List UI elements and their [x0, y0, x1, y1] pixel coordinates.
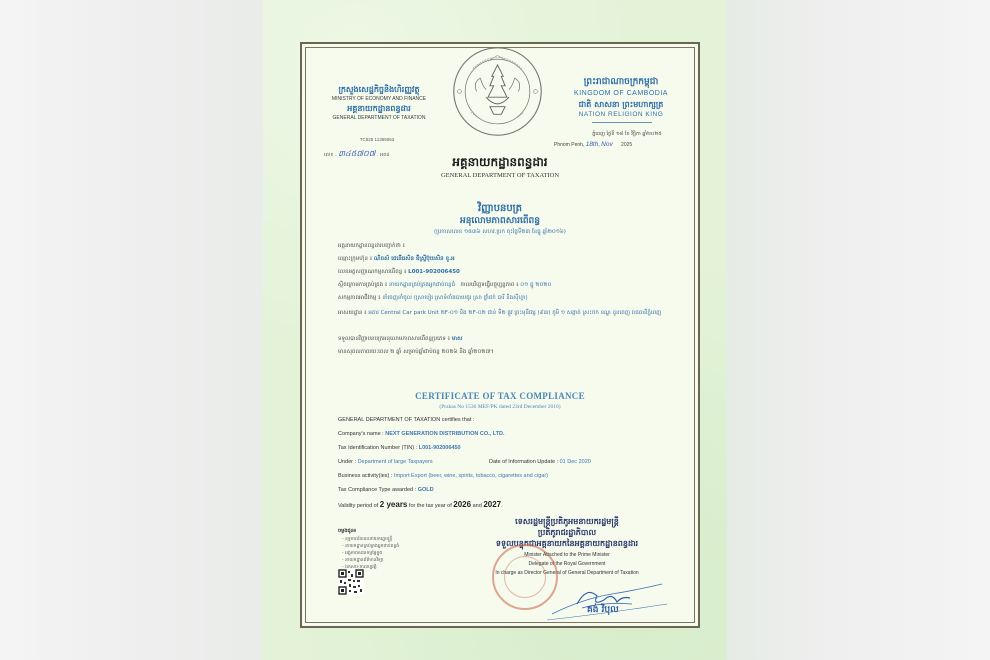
- km-certifies: អគ្គនាយកដ្ឋានពន្ធដារបញ្ជាក់ថា ៖: [338, 242, 405, 250]
- certificate-title-en: CERTIFICATE OF TAX COMPLIANCE: [302, 391, 698, 401]
- en-type-label: Tax Compliance Type awarded :: [338, 487, 416, 493]
- km-address-label: អាសយដ្ឋាន ៖: [338, 310, 367, 316]
- en-update-row: Date of Information Update : 01 Dec 2020: [489, 459, 591, 465]
- gdt-seal-icon: [450, 44, 545, 139]
- km-validity-row: មានសុពលភាពរយៈពេល ២ ឆ្នាំ សម្រាប់ឆ្នាំជាប…: [338, 348, 494, 356]
- km-certifies-label: អគ្គនាយកដ្ឋានពន្ធដារបញ្ជាក់ថា ៖: [338, 243, 405, 249]
- km-tin-value: L001-902006450: [408, 269, 460, 275]
- copies-item: - នាយកដ្ឋានគ្រប់គ្រងអ្នកជាប់ពន្ធធំ: [342, 544, 399, 550]
- department-name-en: GENERAL DEPARTMENT OF TAXATION: [314, 115, 444, 121]
- km-activity-value: នាំចេញនាំចូល (ស្រាបៀរ ស្រាទំពាំងបាយជូរ ស…: [382, 295, 527, 301]
- km-address-row: អាសយដ្ឋាន ៖ អគារ Central Car park Unit ២…: [338, 307, 668, 320]
- en-validity-pre: Validity period of: [338, 503, 378, 509]
- motto-km: ជាតិ សាសនា ព្រះមហាក្សត្រ: [546, 99, 696, 111]
- km-activity-row: សកម្មភាពអាជីវកម្ម ៖ នាំចេញនាំចូល (ស្រាបៀ…: [338, 294, 528, 302]
- ministry-name-en: MINISTRY OF ECONOMY AND FINANCE: [314, 96, 444, 102]
- en-company-value: NEXT GENERATION DISTRIBUTION CO., LTD.: [385, 431, 504, 437]
- en-tin-row: Tax Identification Number (TIN) : L001-9…: [338, 445, 461, 451]
- certificate-subtitle-km: (ប្រកាសលេខ ១៥៣៦ សហវ.ប្រក ចុះថ្ងៃទី២៣ ខែធ…: [302, 228, 698, 236]
- certificate-title-km-1: វិញ្ញាបនបត្រ: [302, 201, 698, 216]
- ornament-divider: [592, 122, 652, 123]
- issue-date-en: Phnom Penh, 18th, Nov 2025: [554, 141, 632, 148]
- km-type-value: មាស: [452, 336, 462, 342]
- en-validity-mid: for the tax year of: [409, 503, 452, 509]
- en-under-label: Under :: [338, 459, 356, 465]
- km-tin-label: លេខអត្តសញ្ញាណកម្មសារពើពន្ធ ៖: [338, 269, 406, 275]
- issue-date-km: ភ្នំពេញ ថ្ងៃទី ១៨ ខែ វិច្ឆិកា ឆ្នាំ២០២៥: [552, 131, 702, 138]
- en-type-row: Tax Compliance Type awarded : GOLD: [338, 487, 434, 493]
- signatory-name: គង់ វិបុល: [587, 604, 619, 617]
- background-left: [0, 0, 263, 660]
- background-right: [727, 0, 990, 660]
- km-type-label: ទទួលបានវិញ្ញាបនបត្រអនុលោមភាពសារពើពន្ធប្រ…: [338, 336, 450, 342]
- km-company-label: ឈ្មោះក្រុមហ៊ុន ៖: [338, 256, 372, 262]
- en-validity-year-1: 2026: [453, 500, 471, 509]
- km-validity-label: មានសុពលភាពរយៈពេល ២ ឆ្នាំ សម្រាប់ឆ្នាំជាប…: [338, 349, 494, 355]
- km-update-value: ០១ ធ្នូ ២០២០: [520, 282, 551, 288]
- signatory-title-km-3: ទទួលបន្ទុកជាអគ្គនាយកនៃអគ្គនាយកដ្ឋានពន្ធដ…: [452, 538, 682, 550]
- en-type-value: GOLD: [418, 487, 434, 493]
- km-under-label: ស្ថិតក្រោមការគ្រប់គ្រង ៖: [338, 282, 387, 288]
- en-under-value: Department of large Taxpayers: [358, 459, 433, 465]
- certificate-paper: ក្រសួងសេដ្ឋកិច្ចនិងហិរញ្ញវត្ថុ MINISTRY …: [263, 0, 727, 660]
- qr-code-icon[interactable]: [338, 569, 364, 595]
- en-tin-value: L001-902006450: [419, 445, 461, 451]
- department-name-km: អគ្គនាយកដ្ឋានពន្ធដារ: [314, 103, 444, 115]
- copies-item: - ខុទ្ទកាល័យឧបនាយករដ្ឋមន្ត្រី: [342, 537, 392, 543]
- km-type-row: ទទួលបានវិញ្ញាបនបត្រអនុលោមភាពសារពើពន្ធប្រ…: [338, 335, 462, 343]
- en-under-row: Under : Department of large Taxpayers: [338, 459, 433, 465]
- km-address-value: អគារ Central Car park Unit ២F-០១ និង ២F-…: [368, 310, 661, 316]
- kingdom-name-km: ព្រះរាជាណាចក្រកម្ពុជា: [546, 76, 696, 89]
- km-company-value: ណិចស៍ ជេនើរេសិន ឌីស្ទ្រីប៊ុយសិន ខូ.អ: [374, 256, 455, 262]
- signatory-title-en-2: Delegate of the Royal Government: [452, 561, 682, 567]
- en-activity-label: Business activity(ies) :: [338, 473, 392, 479]
- en-validity-and: and: [473, 503, 482, 509]
- en-activity-row: Business activity(ies) : Import Export (…: [338, 473, 548, 479]
- motto-en: NATION RELIGION KING: [546, 111, 696, 118]
- certificate-content: ក្រសួងសេដ្ឋកិច្ចនិងហិរញ្ញវត្ថុ MINISTRY …: [302, 44, 698, 626]
- issue-day: 18th: [586, 141, 599, 148]
- copies-item: - នាយកដ្ឋានព័ត៌មានវិទ្យា: [342, 558, 383, 564]
- certificate-frame: ក្រសួងសេដ្ឋកិច្ចនិងហិរញ្ញវត្ថុ MINISTRY …: [300, 42, 700, 628]
- issue-year: 2025: [621, 142, 632, 148]
- en-company-row: Company's name : NEXT GENERATION DISTRIB…: [338, 431, 505, 437]
- km-activity-label: សកម្មភាពអាជីវកម្ម ៖: [338, 295, 381, 301]
- en-validity-year-2: 2027: [483, 500, 501, 509]
- copies-item: - អង្គភាពសវនកម្មផ្ទៃក្នុង: [342, 551, 382, 557]
- km-update-label: កាលបរិច្ឆេទធ្វើបច្ចុប្បន្នភាព ៖: [460, 282, 518, 288]
- ministry-name-km: ក្រសួងសេដ្ឋកិច្ចនិងហិរញ្ញវត្ថុ: [314, 84, 444, 96]
- km-under-value: នាយកដ្ឋានគ្រប់គ្រងអ្នកជាប់ពន្ធធំ: [389, 282, 455, 288]
- reference-number: TC625 11365063: [322, 137, 432, 142]
- gdt-title-en: GENERAL DEPARTMENT OF TAXATION: [302, 172, 698, 179]
- en-update-value: 01 Dec 2020: [560, 459, 591, 465]
- en-validity-years: 2 years: [380, 500, 408, 509]
- km-under-row: ស្ថិតក្រោមការគ្រប់គ្រង ៖ នាយកដ្ឋានគ្រប់គ…: [338, 281, 551, 289]
- km-tin-row: លេខអត្តសញ្ញាណកម្មសារពើពន្ធ ៖ L001-902006…: [338, 268, 460, 276]
- gdt-title-km: អគ្គនាយកដ្ឋានពន្ធដារ: [302, 154, 698, 172]
- km-company-row: ឈ្មោះក្រុមហ៊ុន ៖ ណិចស៍ ជេនើរេសិន ឌីស្ទ្រ…: [338, 255, 455, 263]
- en-update-label: Date of Information Update :: [489, 459, 558, 465]
- en-activity-value: Import Export (beer, wine, spirits, toba…: [394, 473, 548, 479]
- en-certifies: GENERAL DEPARTMENT OF TAXATION certifies…: [338, 417, 474, 423]
- en-company-label: Company's name :: [338, 431, 384, 437]
- en-validity-end: .: [501, 503, 503, 509]
- copies-title: ចម្លងជូន៖: [338, 528, 356, 535]
- en-tin-label: Tax Identification Number (TIN) :: [338, 445, 417, 451]
- en-validity-row: Validity period of 2 years for the tax y…: [338, 500, 503, 509]
- issue-month: Nov: [601, 141, 613, 148]
- signatory-title-en-1: Minister Attached to the Prime Minister: [452, 552, 682, 558]
- issue-place: Phnom Penh,: [554, 142, 584, 148]
- certificate-subtitle-en: (Prakas No 1536 MEF/PK dated 23rd Decemb…: [302, 404, 698, 410]
- certificate-title-km-2: អនុលោមភាពសារពើពន្ធ: [302, 215, 698, 228]
- kingdom-name-en: KINGDOM OF CAMBODIA: [546, 90, 696, 97]
- en-certifies-label: GENERAL DEPARTMENT OF TAXATION certifies…: [338, 417, 474, 423]
